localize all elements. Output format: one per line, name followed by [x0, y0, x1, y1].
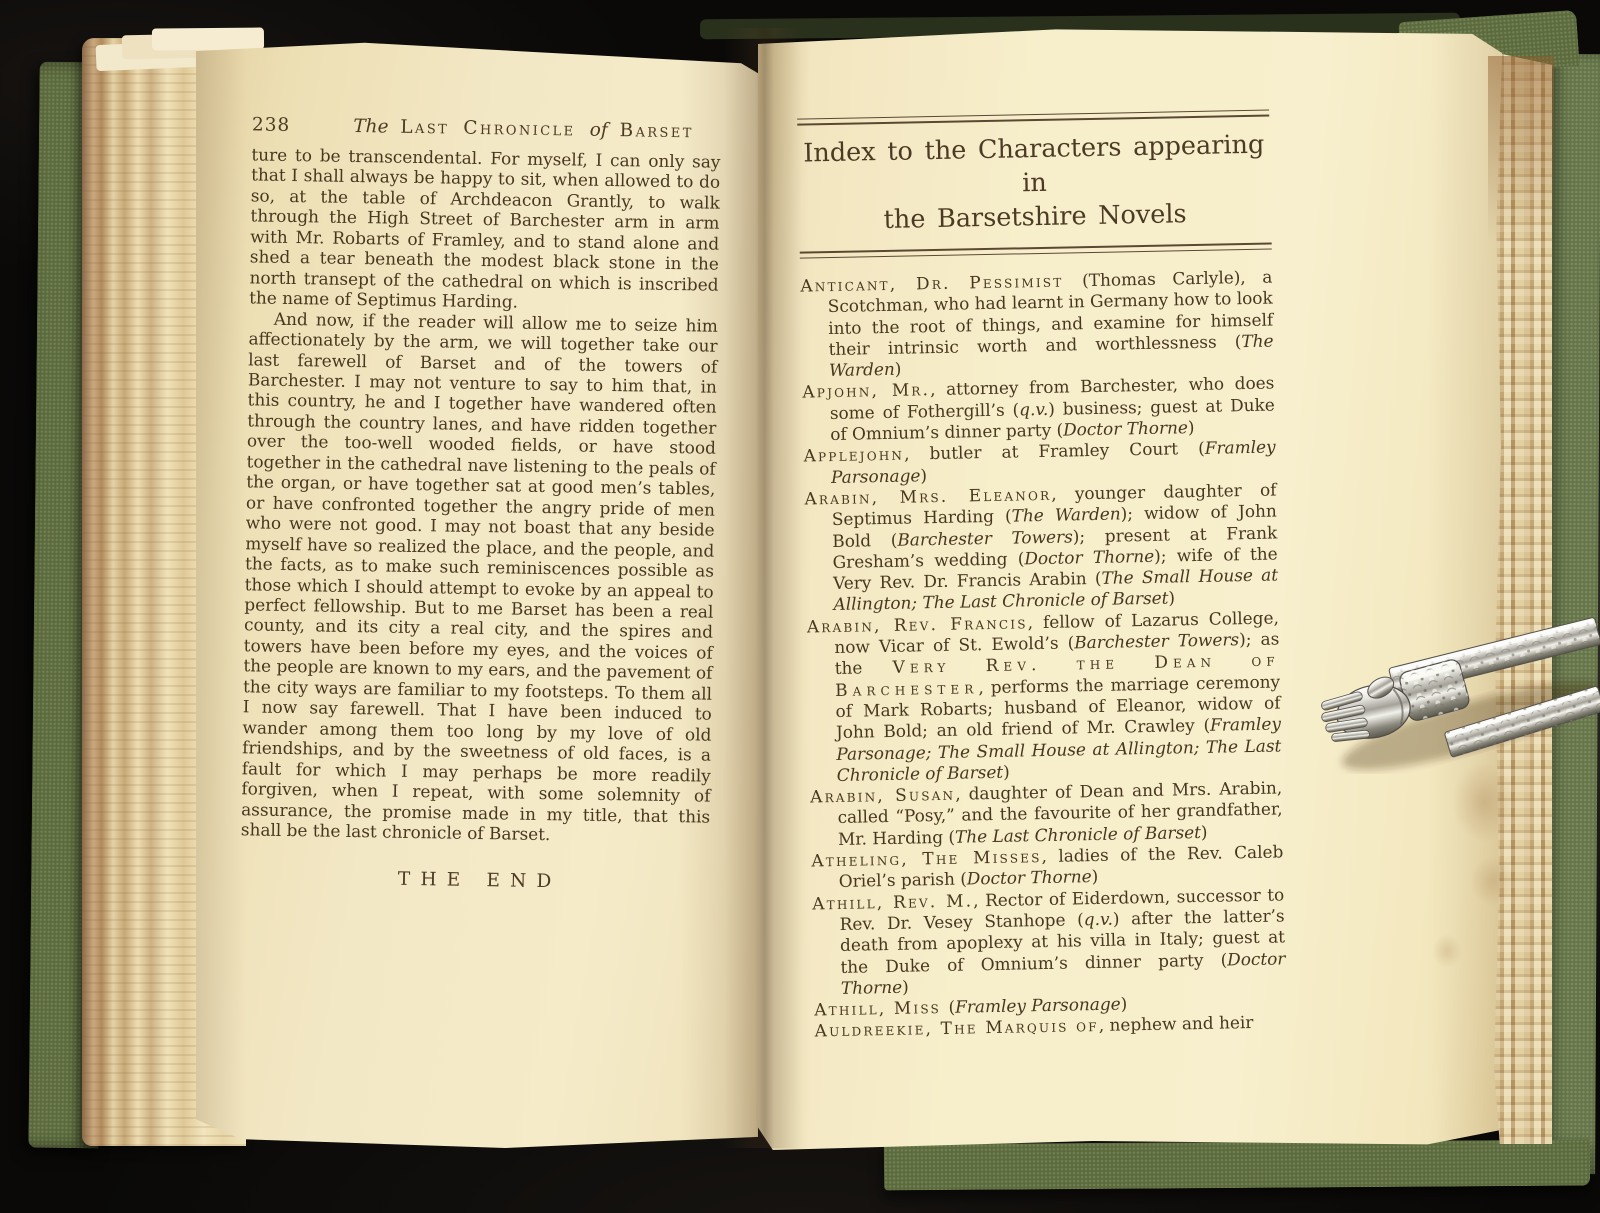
text-run: of: [590, 120, 620, 141]
text-run: ): [895, 359, 902, 379]
page-number: 238: [252, 114, 291, 136]
text-run: Framley Parsonage: [955, 994, 1121, 1017]
text-run: Barchester Towers: [1074, 629, 1239, 652]
text-run: ): [1091, 866, 1098, 886]
text-run: Barset: [619, 120, 694, 142]
body-paragraph: And now, if the reader will allow me to …: [241, 308, 718, 847]
index-title: Index to the Characters appearing in the…: [798, 128, 1272, 239]
text-run: ): [920, 465, 927, 485]
right-page-text: Index to the Characters appearing in the…: [797, 110, 1287, 1043]
page-edge-toning: [1488, 56, 1554, 276]
text-run: , nephew and heir: [1099, 1012, 1254, 1035]
body-paragraph: ture to be transcendental. For myself, I…: [249, 144, 721, 315]
index-title-line1: Index to the Characters appearing in: [798, 128, 1271, 205]
index-entry: Arabin, Susan, daughter of Dean and Mrs.…: [810, 778, 1283, 851]
text-run: Doctor Thorne: [1024, 546, 1154, 568]
text-run: Arabin, Susan: [810, 784, 955, 807]
body-text: ture to be transcendental. For myself, I…: [241, 144, 721, 847]
double-rule-bottom: [800, 243, 1272, 259]
text-run: Barchester Towers: [897, 526, 1073, 549]
index-entry: Anticant, Dr. Pessimist (Thomas Carlyle)…: [800, 267, 1274, 383]
text-run: Apjohn, Mr.: [802, 380, 930, 402]
text-run: Doctor Thorne: [1063, 417, 1188, 439]
text-run: The Warden: [1011, 504, 1120, 526]
text-run: Last Chronicle: [400, 117, 590, 141]
foxing-spot: [1470, 856, 1516, 906]
text-run: ): [1120, 994, 1127, 1014]
index-entry: Athill, Rev. M., Rector of Eiderdown, su…: [812, 884, 1286, 1000]
text-run: Athill, Rev. M.: [812, 890, 973, 913]
foxing-spot: [1432, 934, 1462, 968]
page-leaf-corner: [152, 28, 264, 51]
index-entry: Arabin, Rev. Francis, fellow of Lazarus …: [807, 607, 1282, 786]
text-run: Auldreekie, The Marquis of: [815, 1015, 1099, 1040]
text-run: ): [1003, 761, 1010, 781]
text-run: Arabin, Rev. Francis: [807, 612, 1028, 636]
gutter-shadow: [724, 28, 802, 1148]
foxing-spot: [1452, 762, 1516, 842]
index-entries: Anticant, Dr. Pessimist (Thomas Carlyle)…: [800, 267, 1287, 1043]
text-run: ): [1201, 822, 1208, 842]
text-run: ): [1188, 417, 1195, 437]
left-page-text: 238 The Last Chronicle of Barset ture to…: [240, 114, 721, 895]
index-entry: Arabin, Mrs. Eleanor, younger daughter o…: [804, 479, 1278, 616]
page-clip: [1312, 574, 1600, 774]
text-run: Doctor Thorne: [967, 866, 1092, 888]
text-run: ): [1168, 588, 1175, 608]
text-run: The: [353, 116, 400, 138]
text-run: Atheling, The Misses: [811, 846, 1041, 870]
text-run: ): [902, 976, 909, 996]
text-run: q.v.: [1019, 399, 1048, 420]
text-run: Applejohn: [803, 444, 904, 466]
text-run: q.v.: [1084, 909, 1113, 930]
book-cover-bottom-edge: [884, 1140, 1590, 1191]
index-entry: Apjohn, Mr., attorney from Barchester, w…: [802, 373, 1275, 446]
text-run: Athill, Miss: [814, 997, 949, 1020]
